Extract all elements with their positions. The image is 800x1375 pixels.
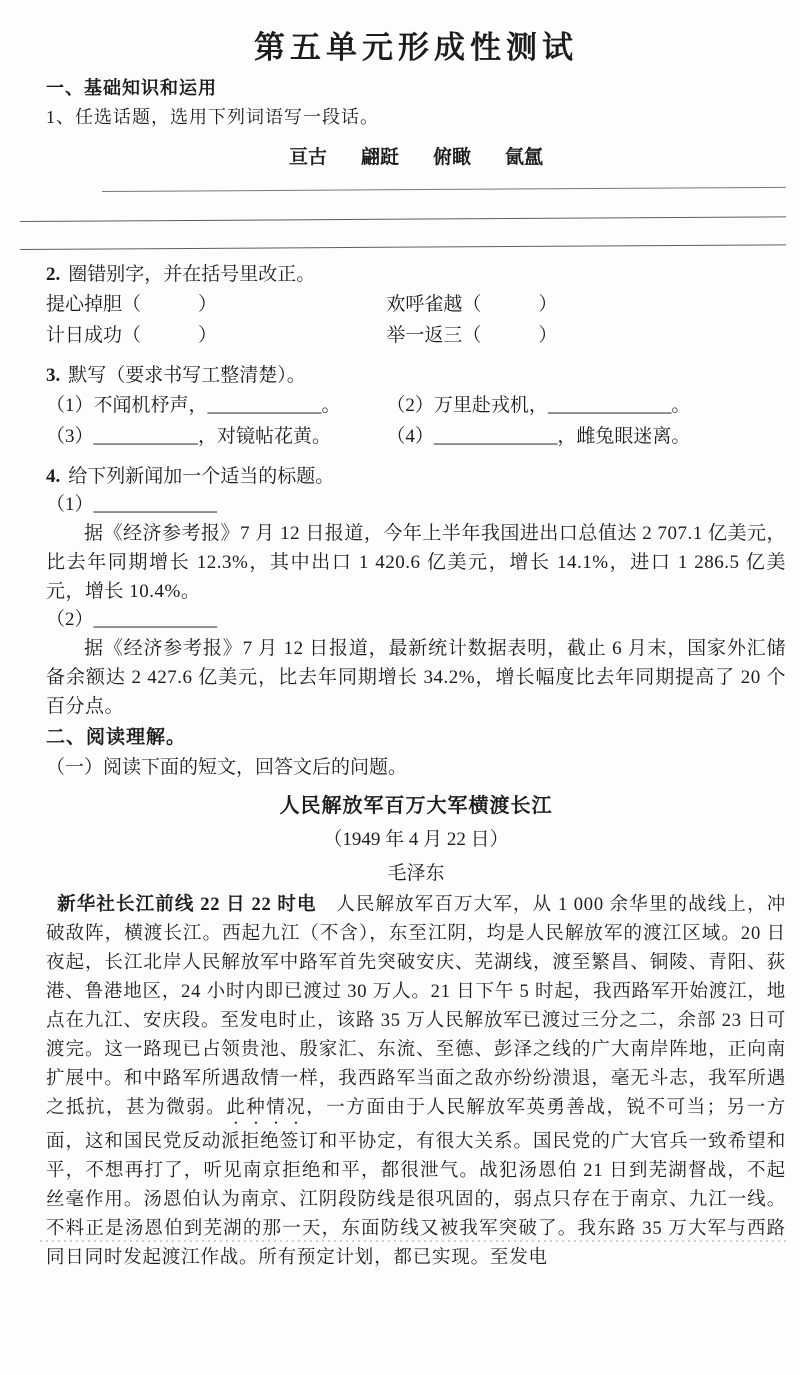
section-one-heading: 一、基础知识和运用 [46,76,786,100]
headline-blank-1: （1）_____________ [46,491,786,519]
emphasized-phrase: 此种情况 [226,1098,306,1118]
question-4-text: 给下列新闻加一个适当的标题。 [68,466,334,487]
news-paragraph-1: 据《经济参考报》7 月 12 日报道，今年上半年我国进出口总值达 2 707.1… [46,519,786,606]
dictation-blank: （2）万里赴戎机，_____________。 [386,390,786,421]
article-author: 毛泽东 [46,860,786,888]
dictation-blank: （4）_____________，雌兔眼迷离。 [386,421,786,452]
question-3-label: 3.默写（要求书写工整清楚）。 [46,362,786,390]
question-2-row: 提心掉胆（ ） 欢呼雀越（ ） [46,289,786,320]
question-1-label: 1、任选话题，选用下列词语写一段话。 [46,105,786,129]
article-dateline: 新华社长江前线 22 日 22 时电 [57,895,317,915]
idiom-blank: 提心掉胆（ ） [46,289,386,320]
answer-writing-lines [46,171,786,250]
writing-line [20,187,786,222]
article-body: 新华社长江前线 22 日 22 时电 人民解放军百万大军，从 1 000 余华里… [46,891,786,1273]
question-2-row: 计日成功（ ） 举一返三（ ） [46,320,786,351]
dictation-blank: （1）不闻机杼声，____________。 [46,390,386,421]
question-3-number: 3. [46,365,60,386]
question-4-label: 4.给下列新闻加一个适当的标题。 [46,463,786,491]
question-3-text: 默写（要求书写工整清楚）。 [68,365,306,386]
word-item: 亘古 [289,145,327,171]
question-2-number: 2. [46,264,60,285]
page-title: 第五单元形成性测试 [46,26,786,70]
question-3-row: （3）___________，对镜帖花黄。 （4）_____________，雌… [46,421,786,452]
section-two-heading: 二、阅读理解。 [46,723,786,753]
headline-blank-2: （2）_____________ [46,606,786,634]
idiom-blank: 计日成功（ ） [46,320,386,351]
word-item: 翩跹 [361,145,399,171]
question-4-number: 4. [46,466,60,487]
writing-line [20,217,786,250]
idiom-blank: 欢呼雀越（ ） [386,289,786,320]
article-text: ，一方面由于人民解放军英勇善战，锐不可当；另一方面，这和国民党反动派拒绝签订和平… [46,1098,786,1268]
dictation-blank: （3）___________，对镜帖花黄。 [46,421,386,452]
question-2-text: 圈错别字，并在括号里改正。 [68,264,315,285]
idiom-blank: 举一返三（ ） [386,320,786,351]
article-date: （1949 年 4 月 22 日） [46,826,786,854]
test-paper-page: 第五单元形成性测试 一、基础知识和运用 1、任选话题，选用下列词语写一段话。 亘… [0,0,800,1273]
article-title: 人民解放军百万大军横渡长江 [46,791,786,821]
word-item: 氤氲 [505,145,543,171]
question-2-label: 2.圈错别字，并在括号里改正。 [46,261,786,289]
news-paragraph-2: 据《经济参考报》7 月 12 日报道，最新统计数据表明，截止 6 月末，国家外汇… [46,634,786,721]
section-two-subheading: （一）阅读下面的短文，回答文后的问题。 [46,753,786,783]
scan-crop-artifact [40,1240,790,1242]
question-3-row: （1）不闻机杼声，____________。 （2）万里赴戎机，________… [46,390,786,421]
word-item: 俯瞰 [433,145,471,171]
article-text: 人民解放军百万大军，从 1 000 余华里的战线上，冲破敌阵，横渡长江。西起九江… [46,895,786,1118]
